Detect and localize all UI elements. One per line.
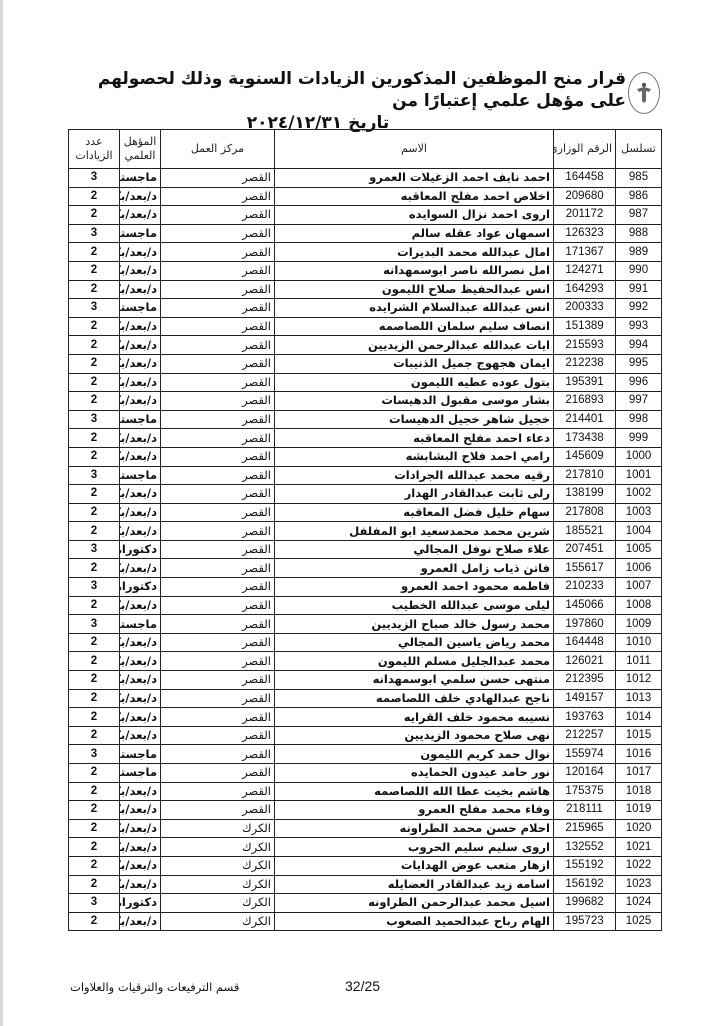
cell-id: 210233 (554, 578, 616, 597)
table-row: 1008145066ليلى موسى عبدالله الخطيبالقصرد… (69, 596, 662, 615)
table-row: 997216893بشار موسى مقبول الدهيساتالقصرد/… (69, 392, 662, 411)
cell-serial: 1006 (616, 559, 662, 578)
cell-name: بتول عوده عطيه الليمون (275, 373, 554, 392)
cell-center: القصر (161, 782, 275, 801)
cell-id: 173438 (554, 429, 616, 448)
cell-id: 124271 (554, 261, 616, 280)
table-row: 1025195723الهام رباح عبدالحميد الصعوبالك… (69, 912, 662, 931)
cell-serial: 995 (616, 354, 662, 373)
cell-qual: د/بعد/بكا (120, 596, 161, 615)
cell-serial: 990 (616, 261, 662, 280)
cell-count: 2 (69, 801, 120, 820)
header-name: الاسم (275, 130, 554, 169)
cell-qual: د/بعد/بكا (120, 838, 161, 857)
cell-qual: د/بعد/بكا (120, 354, 161, 373)
cell-serial: 998 (616, 410, 662, 429)
table-row: 990124271امل نصرالله ناصر ابوسمهدانهالقص… (69, 261, 662, 280)
cell-serial: 1024 (616, 894, 662, 913)
cell-serial: 1012 (616, 671, 662, 690)
cell-center: القصر (161, 447, 275, 466)
cell-id: 216893 (554, 392, 616, 411)
cell-id: 212238 (554, 354, 616, 373)
cell-qual: دكتوراه (120, 540, 161, 559)
cell-qual: د/بعد/بكا (120, 801, 161, 820)
cell-count: 2 (69, 354, 120, 373)
cell-count: 2 (69, 317, 120, 336)
cell-count: 2 (69, 875, 120, 894)
table-row: 1021132552اروى سليم سليم الحروبالكركد/بع… (69, 838, 662, 857)
cell-center: الكرك (161, 894, 275, 913)
cell-id: 164458 (554, 169, 616, 188)
header-serial: تسلسل (616, 130, 662, 169)
table-body: 985164458احمد نايف احمد الزغيلات العمروا… (69, 169, 662, 931)
cell-count: 2 (69, 336, 120, 355)
table-row: 1012212395منتهى حسن سلمي ابوسمهدانهالقصر… (69, 671, 662, 690)
cell-name: نوال حمد كريم الليمون (275, 745, 554, 764)
table-row: 1004185521شرين محمد محمدسعيد ابو المفلفل… (69, 522, 662, 541)
table-row: 1014193763نسيبه محمود خلف القرايهالقصرد/… (69, 708, 662, 727)
table-row: 1007210233فاطمه محمود احمد العمروالقصردك… (69, 578, 662, 597)
cell-name: اسامه زيد عبدالقادر العضايله (275, 875, 554, 894)
table-row: 1000145609رامي احمد فلاح البشابشهالقصرد/… (69, 447, 662, 466)
cell-serial: 1004 (616, 522, 662, 541)
cell-serial: 985 (616, 169, 662, 188)
page-number: 32/25 (345, 978, 380, 994)
cell-serial: 991 (616, 280, 662, 299)
cell-serial: 1022 (616, 856, 662, 875)
cell-count: 2 (69, 764, 120, 783)
cell-count: 3 (69, 410, 120, 429)
table-row: 1005207451علاء صلاح نوفل المجاليالقصردكت… (69, 540, 662, 559)
cell-center: الكرك (161, 875, 275, 894)
cell-id: 199682 (554, 894, 616, 913)
table-row: 1010164448محمد رياض ياسين المجاليالقصرد/… (69, 633, 662, 652)
cell-id: 218111 (554, 801, 616, 820)
cell-qual: ماجستير (120, 169, 161, 188)
cell-name: نسيبه محمود خلف القرايه (275, 708, 554, 727)
cell-serial: 1020 (616, 819, 662, 838)
cell-qual: د/بعد/بكا (120, 503, 161, 522)
table-row: 989171367امال عبدالله محمد البديراتالقصر… (69, 243, 662, 262)
cell-qual: د/بعد/بكا (120, 447, 161, 466)
cell-qual: د/بعد/بكا (120, 392, 161, 411)
cell-serial: 996 (616, 373, 662, 392)
cell-center: القصر (161, 540, 275, 559)
cell-serial: 1015 (616, 726, 662, 745)
cell-count: 2 (69, 503, 120, 522)
table-row: 1015212257نهى صلاح محمود الزيديينالقصرد/… (69, 726, 662, 745)
cell-id: 175375 (554, 782, 616, 801)
cell-count: 2 (69, 652, 120, 671)
table-row: 1001217810رقيه محمد عبدالله الجراداتالقص… (69, 466, 662, 485)
header-center: مركز العمل (161, 130, 275, 169)
cell-qual: د/بعد/بكا (120, 280, 161, 299)
cell-id: 164448 (554, 633, 616, 652)
table-row: 1002138199رلى ثابت عبدالقادر الهدارالقصر… (69, 485, 662, 504)
cell-qual: د/بعد/بكا (120, 708, 161, 727)
table-header-row: تسلسل الرقم الوزاري الاسم مركز العمل الم… (69, 130, 662, 169)
table-row: 1006155617فاتن ذياب زامل العمروالقصرد/بع… (69, 559, 662, 578)
eagle-emblem-icon (635, 81, 653, 105)
table-row: 1020215965احلام حسن محمد الطراونهالكركد/… (69, 819, 662, 838)
cell-center: القصر (161, 466, 275, 485)
cell-serial: 1023 (616, 875, 662, 894)
cell-name: اخلاص احمد مفلح المعاقبه (275, 187, 554, 206)
cell-center: القصر (161, 559, 275, 578)
cell-id: 155617 (554, 559, 616, 578)
cell-qual: د/بعد/بكا (120, 652, 161, 671)
cell-center: القصر (161, 578, 275, 597)
cell-name: اروى احمد نزال السوايده (275, 206, 554, 225)
cell-qual: د/بعد/بكا (120, 819, 161, 838)
header-id: الرقم الوزاري (554, 130, 616, 169)
table-row: 992200333انس عبدالله عبدالسلام الشرايدها… (69, 299, 662, 318)
cell-serial: 988 (616, 224, 662, 243)
cell-name: انس عبدالحفيظ صلاح الليمون (275, 280, 554, 299)
cell-count: 3 (69, 578, 120, 597)
header-qual: المؤهل العلمي (120, 130, 161, 169)
cell-center: القصر (161, 280, 275, 299)
cell-center: القصر (161, 187, 275, 206)
cell-id: 132552 (554, 838, 616, 857)
cell-qual: د/بعد/بكا (120, 875, 161, 894)
cell-count: 2 (69, 447, 120, 466)
cell-serial: 1008 (616, 596, 662, 615)
cell-id: 155192 (554, 856, 616, 875)
cell-count: 2 (69, 392, 120, 411)
cell-qual: د/بعد/بكا (120, 206, 161, 225)
cell-name: احلام حسن محمد الطراونه (275, 819, 554, 838)
table-row: 988126323اسمهان عواد عقله سالمالقصرماجست… (69, 224, 662, 243)
cell-serial: 987 (616, 206, 662, 225)
cell-count: 2 (69, 559, 120, 578)
table-row: 1019218111وفاء محمد مفلح العمروالقصرد/بع… (69, 801, 662, 820)
cell-id: 212257 (554, 726, 616, 745)
table-row: 996195391بتول عوده عطيه الليمونالقصرد/بع… (69, 373, 662, 392)
cell-count: 2 (69, 206, 120, 225)
page-edge (0, 0, 3, 1026)
document-title: قرار منح الموظفين المذكورين الزيادات الس… (70, 68, 626, 134)
cell-id: 195391 (554, 373, 616, 392)
cell-id: 138199 (554, 485, 616, 504)
cell-name: الهام رباح عبدالحميد الصعوب (275, 912, 554, 931)
cell-name: امل نصرالله ناصر ابوسمهدانه (275, 261, 554, 280)
cell-count: 3 (69, 224, 120, 243)
table-row: 998214401خجيل شاهر خجيل الدهيساتالقصرماج… (69, 410, 662, 429)
cell-center: القصر (161, 392, 275, 411)
cell-qual: د/بعد/بكا (120, 243, 161, 262)
cell-name: ازهار متعب عوض الهدايات (275, 856, 554, 875)
cell-serial: 1018 (616, 782, 662, 801)
header-count: عدد الزيادات (69, 130, 120, 169)
cell-name: بشار موسى مقبول الدهيسات (275, 392, 554, 411)
cell-qual: د/بعد/بكا (120, 317, 161, 336)
cell-center: القصر (161, 689, 275, 708)
cell-id: 155974 (554, 745, 616, 764)
cell-id: 120164 (554, 764, 616, 783)
cell-count: 3 (69, 466, 120, 485)
cell-count: 2 (69, 261, 120, 280)
table-row: 993151389انصاف سليم سلمان اللصاصمهالقصرد… (69, 317, 662, 336)
table-row: 985164458احمد نايف احمد الزغيلات العمروا… (69, 169, 662, 188)
cell-serial: 1016 (616, 745, 662, 764)
cell-center: القصر (161, 354, 275, 373)
cell-name: اسمهان عواد عقله سالم (275, 224, 554, 243)
cell-center: القصر (161, 336, 275, 355)
cell-qual: دكتوراه (120, 894, 161, 913)
cell-count: 3 (69, 745, 120, 764)
cell-serial: 1021 (616, 838, 662, 857)
cell-name: رلى ثابت عبدالقادر الهدار (275, 485, 554, 504)
table-row: 1022155192ازهار متعب عوض الهداياتالكركد/… (69, 856, 662, 875)
cell-name: انس عبدالله عبدالسلام الشرايده (275, 299, 554, 318)
cell-id: 151389 (554, 317, 616, 336)
cell-center: القصر (161, 373, 275, 392)
table-row: 994215593ايات عبدالله عبدالرحمن الزيديين… (69, 336, 662, 355)
cell-name: نهى صلاح محمود الزيديين (275, 726, 554, 745)
cell-qual: ماجستير (120, 764, 161, 783)
cell-count: 2 (69, 912, 120, 931)
cell-qual: دكتوراه (120, 578, 161, 597)
cell-id: 209680 (554, 187, 616, 206)
cell-qual: د/بعد/بكا (120, 261, 161, 280)
cell-serial: 997 (616, 392, 662, 411)
cell-id: 212395 (554, 671, 616, 690)
cell-count: 2 (69, 671, 120, 690)
cell-name: امال عبدالله محمد البديرات (275, 243, 554, 262)
table-row: 987201172اروى احمد نزال السوايدهالقصرد/ب… (69, 206, 662, 225)
cell-count: 2 (69, 708, 120, 727)
cell-center: القصر (161, 410, 275, 429)
cell-name: ايمان هجهوج جميل الذنيبات (275, 354, 554, 373)
cell-count: 2 (69, 689, 120, 708)
cell-serial: 1000 (616, 447, 662, 466)
cell-id: 126021 (554, 652, 616, 671)
cell-count: 3 (69, 615, 120, 634)
cell-id: 156192 (554, 875, 616, 894)
cell-count: 2 (69, 373, 120, 392)
cell-serial: 994 (616, 336, 662, 355)
cell-qual: د/بعد/بكا (120, 187, 161, 206)
cell-id: 207451 (554, 540, 616, 559)
cell-count: 2 (69, 819, 120, 838)
table-row: 1016155974نوال حمد كريم الليمونالقصرماجس… (69, 745, 662, 764)
cell-name: فاتن ذياب زامل العمرو (275, 559, 554, 578)
cell-serial: 1007 (616, 578, 662, 597)
cell-name: نور حامد عيدون الحمايده (275, 764, 554, 783)
cell-id: 195723 (554, 912, 616, 931)
cell-qual: د/بعد/بكا (120, 782, 161, 801)
cell-center: القصر (161, 299, 275, 318)
cell-id: 217808 (554, 503, 616, 522)
cell-count: 2 (69, 838, 120, 857)
cell-name: فاطمه محمود احمد العمرو (275, 578, 554, 597)
cell-id: 149157 (554, 689, 616, 708)
cell-name: اروى سليم سليم الحروب (275, 838, 554, 857)
table-row: 1024199682اسيل محمد عبدالرحمن الطراونهال… (69, 894, 662, 913)
cell-qual: ماجستير (120, 745, 161, 764)
cell-qual: د/بعد/بكا (120, 559, 161, 578)
cell-serial: 1001 (616, 466, 662, 485)
cell-count: 2 (69, 280, 120, 299)
cell-qual: د/بعد/بكا (120, 912, 161, 931)
cell-center: القصر (161, 633, 275, 652)
cell-name: علاء صلاح نوفل المجالي (275, 540, 554, 559)
cell-center: الكرك (161, 838, 275, 857)
cell-qual: ماجستير (120, 615, 161, 634)
cell-name: منتهى حسن سلمي ابوسمهدانه (275, 671, 554, 690)
cell-count: 2 (69, 187, 120, 206)
cell-serial: 986 (616, 187, 662, 206)
cell-name: ناجح عبدالهادي خلف اللصاصمه (275, 689, 554, 708)
cell-id: 217810 (554, 466, 616, 485)
cell-count: 2 (69, 243, 120, 262)
cell-qual: ماجستير (120, 299, 161, 318)
table-row: 999173438دعاء احمد مفلح المعاقبهالقصرد/ب… (69, 429, 662, 448)
cell-name: ليلى موسى عبدالله الخطيب (275, 596, 554, 615)
cell-serial: 1005 (616, 540, 662, 559)
cell-id: 214401 (554, 410, 616, 429)
cell-name: شرين محمد محمدسعيد ابو المفلفل (275, 522, 554, 541)
cell-name: احمد نايف احمد الزغيلات العمرو (275, 169, 554, 188)
cell-center: الكرك (161, 819, 275, 838)
cell-center: القصر (161, 726, 275, 745)
table-row: 1003217808سهام خليل فضل المعاقبهالقصرد/ب… (69, 503, 662, 522)
cell-serial: 992 (616, 299, 662, 318)
cell-name: محمد رسول خالد صباح الزيديين (275, 615, 554, 634)
cell-center: القصر (161, 708, 275, 727)
cell-serial: 1010 (616, 633, 662, 652)
cell-name: محمد عبدالجليل مسلم الليمون (275, 652, 554, 671)
cell-center: القصر (161, 485, 275, 504)
cell-center: القصر (161, 261, 275, 280)
cell-center: الكرك (161, 912, 275, 931)
cell-qual: د/بعد/بكا (120, 689, 161, 708)
table-row: 1013149157ناجح عبدالهادي خلف اللصاصمهالق… (69, 689, 662, 708)
cell-name: خجيل شاهر خجيل الدهيسات (275, 410, 554, 429)
cell-center: القصر (161, 243, 275, 262)
cell-center: القصر (161, 429, 275, 448)
cell-count: 3 (69, 894, 120, 913)
cell-id: 193763 (554, 708, 616, 727)
cell-center: القصر (161, 671, 275, 690)
cell-count: 3 (69, 169, 120, 188)
cell-count: 2 (69, 782, 120, 801)
cell-id: 200333 (554, 299, 616, 318)
cell-qual: د/بعد/بكا (120, 671, 161, 690)
table-row: 1023156192اسامه زيد عبدالقادر العضايلهال… (69, 875, 662, 894)
cell-center: القصر (161, 206, 275, 225)
cell-count: 2 (69, 726, 120, 745)
cell-qual: ماجستير (120, 410, 161, 429)
cell-count: 2 (69, 522, 120, 541)
cell-id: 145066 (554, 596, 616, 615)
cell-center: القصر (161, 801, 275, 820)
cell-id: 201172 (554, 206, 616, 225)
cell-center: القصر (161, 615, 275, 634)
cell-count: 2 (69, 429, 120, 448)
cell-id: 126323 (554, 224, 616, 243)
cell-name: محمد رياض ياسين المجالي (275, 633, 554, 652)
cell-center: القصر (161, 224, 275, 243)
employees-table: تسلسل الرقم الوزاري الاسم مركز العمل الم… (68, 129, 662, 931)
cell-count: 2 (69, 633, 120, 652)
cell-name: سهام خليل فضل المعاقبه (275, 503, 554, 522)
cell-name: رامي احمد فلاح البشابشه (275, 447, 554, 466)
cell-id: 171367 (554, 243, 616, 262)
cell-center: الكرك (161, 856, 275, 875)
cell-serial: 1003 (616, 503, 662, 522)
cell-count: 2 (69, 596, 120, 615)
cell-id: 197860 (554, 615, 616, 634)
cell-serial: 999 (616, 429, 662, 448)
cell-name: انصاف سليم سلمان اللصاصمه (275, 317, 554, 336)
cell-id: 145609 (554, 447, 616, 466)
cell-serial: 1019 (616, 801, 662, 820)
cell-serial: 989 (616, 243, 662, 262)
cell-name: دعاء احمد مفلح المعاقبه (275, 429, 554, 448)
cell-qual: د/بعد/بكا (120, 522, 161, 541)
table-row: 1018175375هاشم بخيت عطا الله اللصاصمهالق… (69, 782, 662, 801)
cell-id: 215965 (554, 819, 616, 838)
cell-id: 185521 (554, 522, 616, 541)
cell-center: القصر (161, 745, 275, 764)
cell-name: اسيل محمد عبدالرحمن الطراونه (275, 894, 554, 913)
cell-serial: 1013 (616, 689, 662, 708)
cell-qual: د/بعد/بكا (120, 726, 161, 745)
cell-qual: د/بعد/بكا (120, 373, 161, 392)
cell-center: القصر (161, 596, 275, 615)
footer-department: قسم الترفيعات والترقيات والعلاوات (70, 980, 239, 994)
cell-center: القصر (161, 522, 275, 541)
emblem-icon (628, 72, 660, 114)
cell-center: القصر (161, 764, 275, 783)
cell-serial: 1009 (616, 615, 662, 634)
cell-serial: 1014 (616, 708, 662, 727)
cell-qual: د/بعد/بكا (120, 429, 161, 448)
cell-count: 2 (69, 485, 120, 504)
cell-center: القصر (161, 503, 275, 522)
cell-id: 215593 (554, 336, 616, 355)
table-row: 1009197860محمد رسول خالد صباح الزيديينال… (69, 615, 662, 634)
cell-qual: ماجستير (120, 466, 161, 485)
cell-qual: د/بعد/بكا (120, 336, 161, 355)
cell-qual: د/بعد/بكا (120, 633, 161, 652)
cell-serial: 1002 (616, 485, 662, 504)
cell-serial: 1011 (616, 652, 662, 671)
cell-name: وفاء محمد مفلح العمرو (275, 801, 554, 820)
cell-center: القصر (161, 652, 275, 671)
cell-name: هاشم بخيت عطا الله اللصاصمه (275, 782, 554, 801)
table-row: 1011126021محمد عبدالجليل مسلم الليمونالق… (69, 652, 662, 671)
table-row: 991164293انس عبدالحفيظ صلاح الليمونالقصر… (69, 280, 662, 299)
cell-count: 3 (69, 540, 120, 559)
cell-name: رقيه محمد عبدالله الجرادات (275, 466, 554, 485)
table-row: 1017120164نور حامد عيدون الحمايدهالقصرما… (69, 764, 662, 783)
cell-count: 2 (69, 856, 120, 875)
title-line-1: قرار منح الموظفين المذكورين الزيادات الس… (98, 69, 626, 111)
cell-qual: ماجستير (120, 224, 161, 243)
cell-serial: 1017 (616, 764, 662, 783)
table-row: 986209680اخلاص احمد مفلح المعاقبهالقصرد/… (69, 187, 662, 206)
cell-name: ايات عبدالله عبدالرحمن الزيديين (275, 336, 554, 355)
cell-center: القصر (161, 169, 275, 188)
cell-serial: 1025 (616, 912, 662, 931)
cell-serial: 993 (616, 317, 662, 336)
table-row: 995212238ايمان هجهوج جميل الذنيباتالقصرد… (69, 354, 662, 373)
cell-center: القصر (161, 317, 275, 336)
cell-count: 3 (69, 299, 120, 318)
